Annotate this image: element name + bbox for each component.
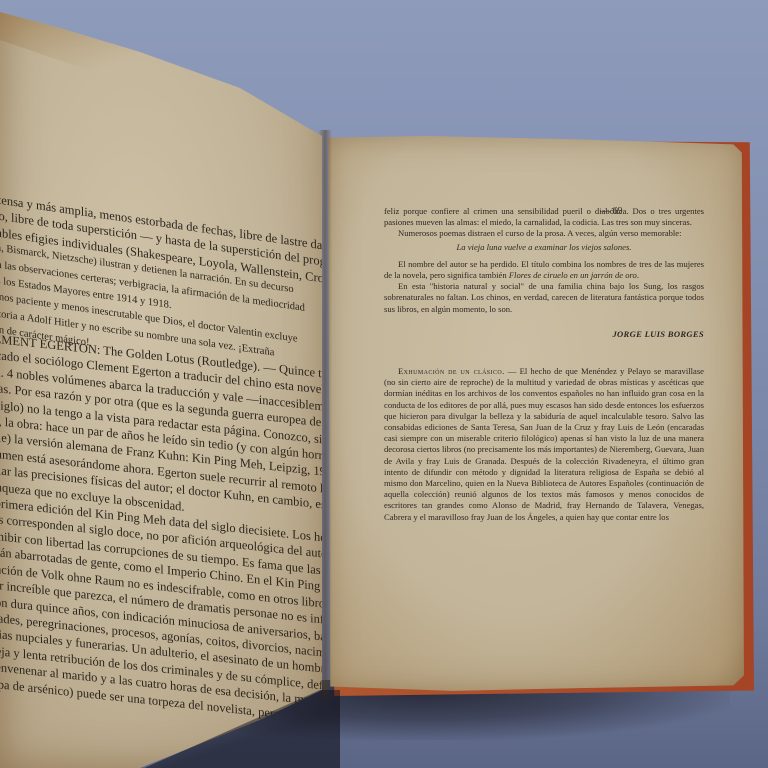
paragraph-5: Exhumación de un clásico. — El hecho de … xyxy=(384,366,704,523)
author-signature: JORGE LUIS BORGES xyxy=(384,329,704,340)
translated-title: Flores de ciruelo en un jarrón de oro xyxy=(509,270,637,280)
left-page: extensa y más amplia, menos estorbada de… xyxy=(0,0,330,768)
paragraph-5-body: — El hecho de que Menéndez y Pelayo se m… xyxy=(384,366,704,522)
right-page: feliz porque confiere al crimen una sens… xyxy=(326,136,746,692)
left-page-review-text: LEMENT EGERTON: The Golden Lotus (Routle… xyxy=(0,330,316,726)
paragraph-3: El nombre del autor se ha perdido. El tí… xyxy=(384,259,704,281)
paragraph-2: Numerosos poemas distraen el curso de la… xyxy=(384,228,704,239)
paragraph-3-end: . xyxy=(637,270,639,280)
section-gap xyxy=(384,340,704,366)
paragraph-4: En esta "historia natural y social" de u… xyxy=(384,281,704,315)
section-heading: Exhumación de un clásico. xyxy=(398,366,505,376)
paragraph-1: feliz porque confiere al crimen una sens… xyxy=(384,206,704,228)
right-page-text: feliz porque confiere al crimen una sens… xyxy=(384,206,704,523)
quoted-verse: La vieja luna vuelve a examinar los viej… xyxy=(384,242,704,253)
page-number: — 69 xyxy=(600,206,623,217)
